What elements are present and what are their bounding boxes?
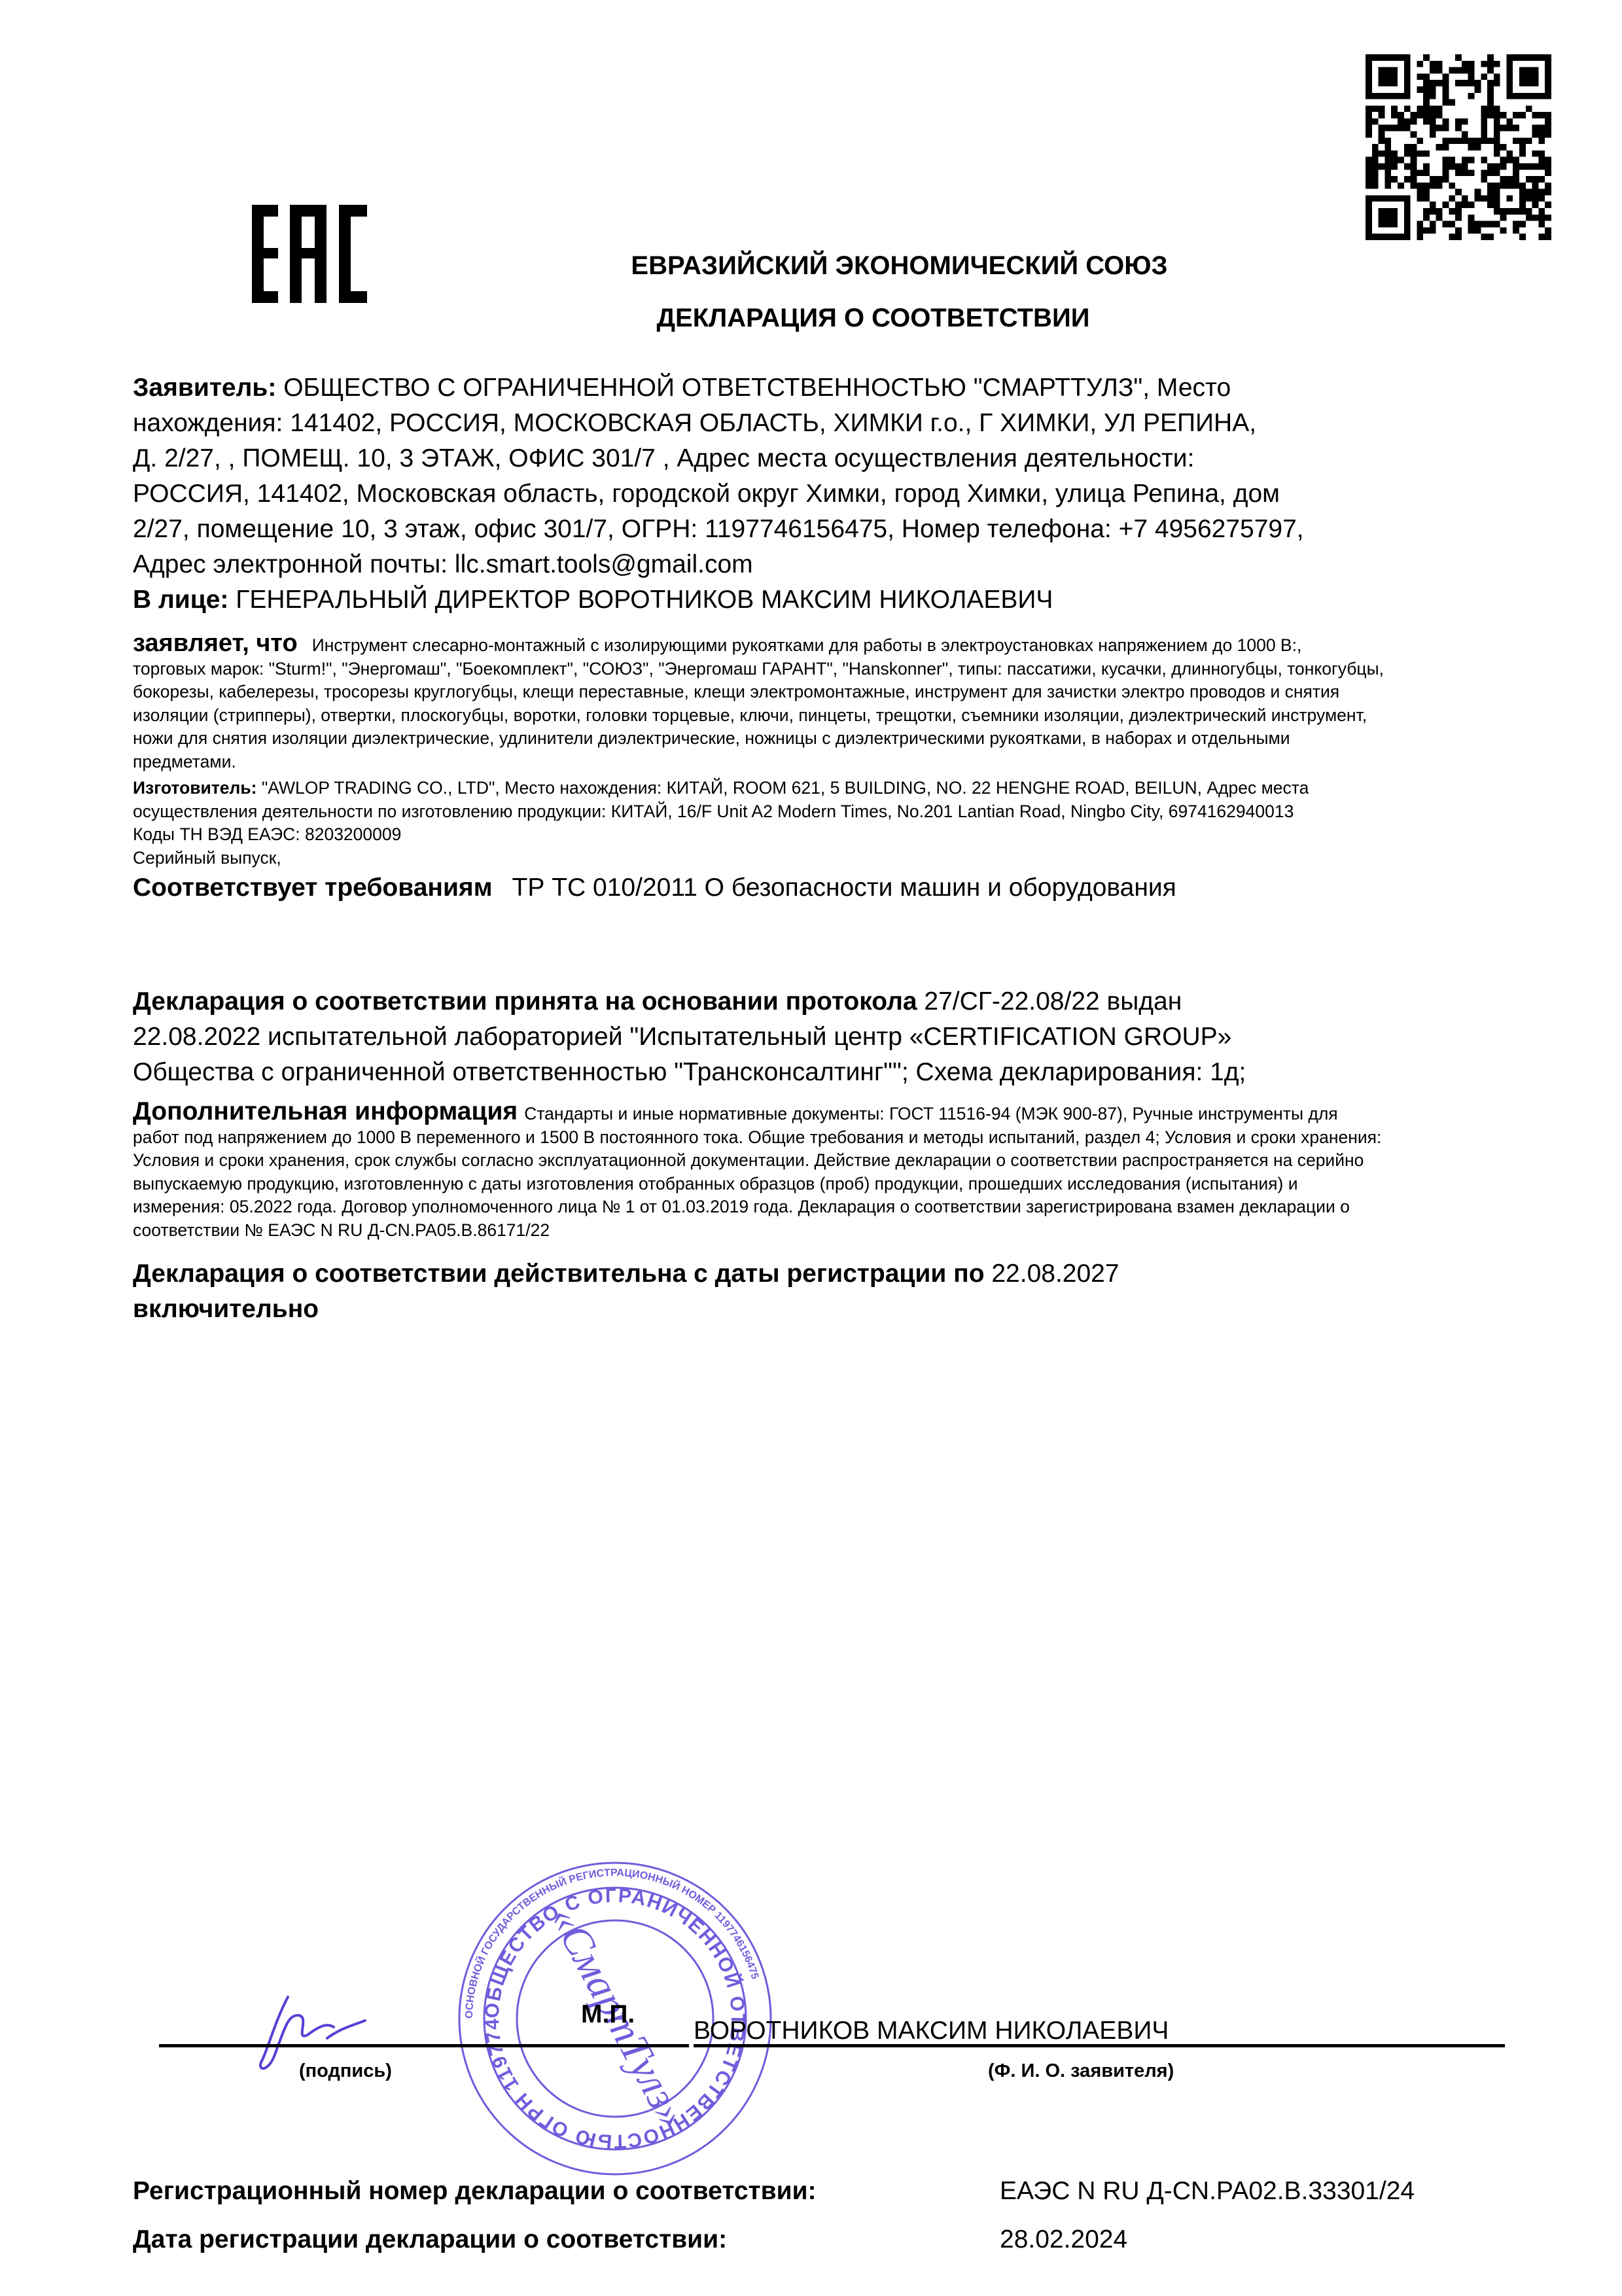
- complies-value: ТР ТС 010/2011 О безопасности машин и об…: [512, 874, 1176, 902]
- signature-line: [159, 2044, 689, 2047]
- signer-name: ВОРОТНИКОВ МАКСИМ НИКОЛАЕВИЧ: [694, 2017, 1169, 2045]
- validity-date: 22.08.2027: [985, 1260, 1120, 1288]
- product-line: бокорезы, кабелерезы, тросорезы круглогу…: [133, 680, 1513, 704]
- additional-info-section: Дополнительная информацияСтандарты и ины…: [133, 1100, 1513, 1242]
- additional-info-label: Дополнительная информация: [133, 1097, 518, 1125]
- registration-date-value: 28.02.2024: [1000, 2225, 1127, 2254]
- validity-suffix: включительно: [133, 1292, 1513, 1327]
- validity-label: Декларация о соответствии действительна …: [133, 1260, 985, 1288]
- protocol-value: 27/СГ-22.08/22 выдан: [917, 987, 1182, 1016]
- additional-line: Стандарты и иные нормативные документы: …: [524, 1104, 1337, 1123]
- additional-line: измерения: 05.2022 года. Договор уполном…: [133, 1195, 1513, 1219]
- in-person-value: ГЕНЕРАЛЬНЫЙ ДИРЕКТОР ВОРОТНИКОВ МАКСИМ Н…: [228, 586, 1053, 614]
- signature-caption: (подпись): [299, 2060, 392, 2082]
- declares-label: заявляет, что: [133, 629, 298, 657]
- registration-number-value: ЕАЭС N RU Д-CN.РА02.В.33301/24: [1000, 2177, 1415, 2206]
- product-line: изоляции (стрипперы), отвертки, плоскогу…: [133, 704, 1513, 728]
- serial-release: Серийный выпуск,: [133, 847, 1513, 870]
- registration-date-label: Дата регистрации декларации о соответств…: [133, 2225, 727, 2254]
- protocol-section: Декларация о соответствии принята на осн…: [133, 984, 1513, 1090]
- applicant-line: РОССИЯ, 141402, Московская область, горо…: [133, 476, 1513, 512]
- applicant-label: Заявитель:: [133, 374, 276, 402]
- additional-line: соответствии № ЕАЭС N RU Д-CN.РА05.В.861…: [133, 1219, 1513, 1243]
- product-line: торговых марок: "Sturm!", "Энергомаш", "…: [133, 658, 1513, 681]
- additional-line: работ под напряжением до 1000 В переменн…: [133, 1126, 1513, 1150]
- qr-code-icon[interactable]: [1366, 54, 1551, 240]
- in-person-section: В лице: ГЕНЕРАЛЬНЫЙ ДИРЕКТОР ВОРОТНИКОВ …: [133, 582, 1513, 618]
- protocol-label: Декларация о соответствии принята на осн…: [133, 987, 917, 1016]
- applicant-line: ОБЩЕСТВО С ОГРАНИЧЕННОЙ ОТВЕТСТВЕННОСТЬЮ…: [276, 374, 1231, 402]
- applicant-email-line: Адрес электронной почты: llc.smart.tools…: [133, 547, 1513, 582]
- complies-label: Соответствует требованиям: [133, 874, 493, 902]
- name-caption: (Ф. И. О. заявителя): [988, 2060, 1174, 2082]
- validity-section: Декларация о соответствии действительна …: [133, 1256, 1513, 1327]
- manufacturer-label: Изготовитель:: [133, 778, 257, 798]
- manufacturer-line: "AWLOP TRADING CO., LTD", Место нахожден…: [257, 778, 1309, 798]
- applicant-section: Заявитель: ОБЩЕСТВО С ОГРАНИЧЕННОЙ ОТВЕТ…: [133, 370, 1513, 582]
- protocol-line: 22.08.2022 испытательной лабораторией "И…: [133, 1019, 1513, 1055]
- hs-codes: Коды ТН ВЭД ЕАЭС: 8203200009: [133, 823, 1513, 847]
- applicant-line: 2/27, помещение 10, 3 этаж, офис 301/7, …: [133, 512, 1513, 547]
- protocol-line: Общества с ограниченной ответственностью…: [133, 1055, 1513, 1090]
- applicant-line: нахождения: 141402, РОССИЯ, МОСКОВСКАЯ О…: [133, 406, 1513, 441]
- complies-section: Соответствует требованиямТР ТС 010/2011 …: [133, 870, 1513, 906]
- name-line: [694, 2044, 1505, 2047]
- seal-place-label: М.П.: [581, 2000, 635, 2029]
- product-line: ножи для снятия изоляции диэлектрические…: [133, 727, 1513, 751]
- product-line: Инструмент слесарно-монтажный с изолирую…: [312, 635, 1302, 655]
- additional-line: выпускаемую продукцию, изготовленную с д…: [133, 1173, 1513, 1196]
- manufacturer-line: осуществления деятельности по изготовлен…: [133, 800, 1513, 824]
- union-title: ЕВРАЗИЙСКИЙ ЭКОНОМИЧЕСКИЙ СОЮЗ: [0, 251, 1622, 281]
- registration-number-label: Регистрационный номер декларации о соотв…: [133, 2177, 817, 2206]
- document-title: ДЕКЛАРАЦИЯ О СООТВЕТСТВИИ: [0, 304, 1622, 333]
- in-person-label: В лице:: [133, 586, 228, 614]
- product-line: предметами.: [133, 751, 1513, 774]
- additional-line: Условия и сроки хранения, срок службы со…: [133, 1149, 1513, 1173]
- manufacturer-section: Изготовитель: "AWLOP TRADING CO., LTD", …: [133, 777, 1513, 870]
- declares-section: заявляет, чтоИнструмент слесарно-монтажн…: [133, 632, 1513, 773]
- applicant-line: Д. 2/27, , ПОМЕЩ. 10, 3 ЭТАЖ, ОФИС 301/7…: [133, 441, 1513, 476]
